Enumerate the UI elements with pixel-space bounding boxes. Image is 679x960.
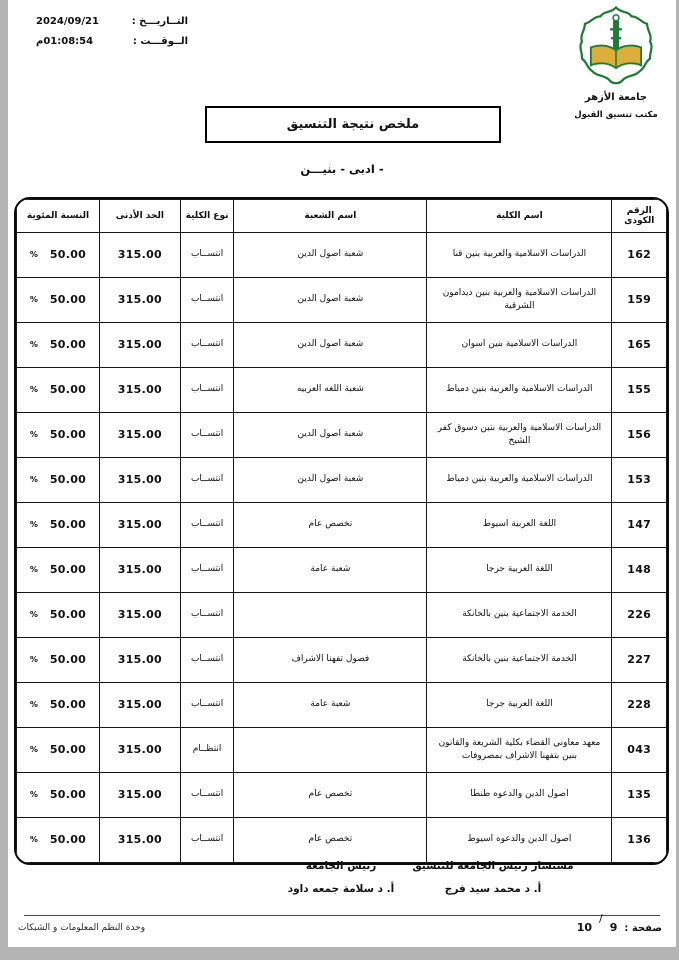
cell-college-type: انتســاب	[180, 593, 234, 638]
cell-college-type: انتســاب	[180, 773, 234, 818]
cell-branch-name: شعبة اصول الدين	[234, 278, 427, 323]
table-row: 136 اصول الدين والدعوه اسيوط تخصص عام ان…	[17, 818, 667, 863]
date-row: التــاريـــخ : 2024/09/21	[36, 16, 188, 27]
date-value: 2024/09/21	[36, 16, 99, 27]
cell-branch-name	[234, 728, 427, 773]
table-header-row: الرقم الكودى اسم الكلية اسم الشعبة نوع ا…	[17, 200, 667, 233]
table-row: 156 الدراسات الاسلامية والعربية بنين دسو…	[17, 413, 667, 458]
cell-college-type: انتســاب	[180, 233, 234, 278]
cell-min-score: 315.00	[99, 368, 180, 413]
table-row: 159 الدراسات الاسلامية والعربية بنين ديد…	[17, 278, 667, 323]
table-row: 148 اللغة العربية جرجا شعبة عامة انتســا…	[17, 548, 667, 593]
cell-branch-name: شعبة اصول الدين	[234, 323, 427, 368]
office-name: مكتب تنسيق القبول	[560, 110, 672, 120]
signature-left-name: أ. د سلامة جمعه داود	[226, 883, 456, 895]
cell-min-score: 315.00	[99, 593, 180, 638]
cell-min-score: 315.00	[99, 323, 180, 368]
university-logo-block: جامعة الأزهر مكتب تنسيق القبول	[560, 6, 672, 120]
cell-percentage: % 50.00	[17, 233, 100, 278]
time-value: 01:08:54م	[36, 36, 93, 47]
cell-college-type: انتســاب	[180, 413, 234, 458]
cell-percentage: % 50.00	[17, 458, 100, 503]
cell-code: 136	[612, 818, 667, 863]
cell-college-type: انتســاب	[180, 278, 234, 323]
table-row: 147 اللغة العربية اسيوط تخصص عام انتســا…	[17, 503, 667, 548]
cell-college-name: اللغة العربية اسيوط	[427, 503, 612, 548]
cell-branch-name: فصول تفهنا الاشراف	[234, 638, 427, 683]
percent-sign: %	[30, 339, 38, 351]
cell-college-name: الدراسات الاسلامية والعربية بنين دمياط	[427, 458, 612, 503]
cell-branch-name: تخصص عام	[234, 818, 427, 863]
percent-sign: %	[30, 474, 38, 486]
cell-college-name: الدراسات الاسلامية والعربية بنين دسوق كف…	[427, 413, 612, 458]
percent-sign: %	[30, 249, 38, 261]
header-min-score: الحد الأدنى	[99, 200, 180, 233]
cell-code: 135	[612, 773, 667, 818]
table-row: 227 الخدمة الاجتماعية بنين بالخانكة فصول…	[17, 638, 667, 683]
cell-percentage: % 50.00	[17, 728, 100, 773]
page-total: 10	[577, 921, 592, 934]
percent-sign: %	[30, 519, 38, 531]
percent-sign: %	[30, 699, 38, 711]
cell-code: 147	[612, 503, 667, 548]
cell-code: 226	[612, 593, 667, 638]
cell-percentage: % 50.00	[17, 773, 100, 818]
percent-sign: %	[30, 294, 38, 306]
cell-min-score: 315.00	[99, 728, 180, 773]
cell-college-type: انتســاب	[180, 323, 234, 368]
cell-branch-name	[234, 593, 427, 638]
percent-sign: %	[30, 429, 38, 441]
cell-branch-name: شعبة اصول الدين	[234, 458, 427, 503]
cell-college-name: الدراسات الاسلامية بنين اسوان	[427, 323, 612, 368]
percent-sign: %	[30, 654, 38, 666]
page-number: صفحة : 9 / 10	[577, 921, 662, 934]
cell-min-score: 315.00	[99, 818, 180, 863]
table-row: 165 الدراسات الاسلامية بنين اسوان شعبة ا…	[17, 323, 667, 368]
cell-code: 165	[612, 323, 667, 368]
university-name: جامعة الأزهر	[560, 92, 672, 103]
cell-college-name: اصول الدين والدعوه اسيوط	[427, 818, 612, 863]
cell-college-type: انتســاب	[180, 548, 234, 593]
cell-branch-name: شعبة اصول الدين	[234, 413, 427, 458]
cell-min-score: 315.00	[99, 233, 180, 278]
cell-branch-name: شعبة اللغه العربيه	[234, 368, 427, 413]
signature-university-president: رئيس الجامعة أ. د سلامة جمعه داود	[226, 860, 456, 895]
cell-code: 043	[612, 728, 667, 773]
cell-code: 155	[612, 368, 667, 413]
table-row: 043 معهد معاوني القضاء بكلية الشريعة وال…	[17, 728, 667, 773]
date-label: التــاريـــخ :	[132, 16, 188, 27]
header-code: الرقم الكودى	[612, 200, 667, 233]
cell-code: 159	[612, 278, 667, 323]
scanned-results-sheet: { "meta": { "date_label": "التــاريـــخ …	[0, 0, 679, 960]
cell-min-score: 315.00	[99, 503, 180, 548]
date-time-block: التــاريـــخ : 2024/09/21 الــوقـــت : 0…	[36, 16, 188, 56]
cell-college-type: انتســاب	[180, 638, 234, 683]
signature-left-title: رئيس الجامعة	[226, 860, 456, 872]
report-subtitle: - ادبى - بنيـــن	[8, 162, 676, 176]
cell-college-name: معهد معاوني القضاء بكلية الشريعة والقانو…	[427, 728, 612, 773]
cell-percentage: % 50.00	[17, 278, 100, 323]
cell-percentage: % 50.00	[17, 638, 100, 683]
percent-sign: %	[30, 744, 38, 756]
time-label: الــوقـــت :	[133, 36, 188, 47]
cell-branch-name: شعبة عامة	[234, 548, 427, 593]
cell-code: 153	[612, 458, 667, 503]
table-row: 155 الدراسات الاسلامية والعربية بنين دمي…	[17, 368, 667, 413]
page-current: 9	[610, 921, 618, 934]
percent-sign: %	[30, 789, 38, 801]
report-title: ملخص نتيجة التنسيق	[287, 117, 419, 132]
report-title-box: ملخص نتيجة التنسيق	[205, 106, 501, 143]
systems-unit-label: وحدة النظم المعلومات و الشبكات	[18, 923, 145, 933]
table-row: 162 الدراسات الاسلامية والعربية بنين قنا…	[17, 233, 667, 278]
cell-code: 227	[612, 638, 667, 683]
cell-min-score: 315.00	[99, 458, 180, 503]
table-row: 226 الخدمة الاجتماعية بنين بالخانكة انتس…	[17, 593, 667, 638]
footer-divider	[24, 915, 660, 916]
header-college-name: اسم الكلية	[427, 200, 612, 233]
cell-college-name: الدراسات الاسلامية والعربية بنين قنا	[427, 233, 612, 278]
cell-percentage: % 50.00	[17, 368, 100, 413]
results-table-body: 162 الدراسات الاسلامية والعربية بنين قنا…	[17, 233, 667, 863]
cell-percentage: % 50.00	[17, 503, 100, 548]
percent-sign: %	[30, 564, 38, 576]
cell-college-type: انتســاب	[180, 683, 234, 728]
cell-code: 162	[612, 233, 667, 278]
cell-college-name: اصول الدين والدعوه طنطا	[427, 773, 612, 818]
cell-college-type: انتظــام	[180, 728, 234, 773]
results-table: الرقم الكودى اسم الكلية اسم الشعبة نوع ا…	[16, 199, 667, 863]
cell-min-score: 315.00	[99, 683, 180, 728]
table-row: 153 الدراسات الاسلامية والعربية بنين دمي…	[17, 458, 667, 503]
time-row: الــوقـــت : 01:08:54م	[36, 36, 188, 47]
cell-college-type: انتســاب	[180, 458, 234, 503]
cell-code: 156	[612, 413, 667, 458]
cell-college-type: انتســاب	[180, 368, 234, 413]
percent-sign: %	[30, 834, 38, 846]
cell-percentage: % 50.00	[17, 683, 100, 728]
cell-college-name: الخدمة الاجتماعية بنين بالخانكة	[427, 638, 612, 683]
cell-college-name: الدراسات الاسلامية والعربية بنين دمياط	[427, 368, 612, 413]
cell-college-type: انتســاب	[180, 503, 234, 548]
cell-percentage: % 50.00	[17, 818, 100, 863]
cell-min-score: 315.00	[99, 638, 180, 683]
cell-percentage: % 50.00	[17, 413, 100, 458]
cell-min-score: 315.00	[99, 773, 180, 818]
cell-college-name: الدراسات الاسلامية والعربية بنين ديدامون…	[427, 278, 612, 323]
cell-branch-name: تخصص عام	[234, 773, 427, 818]
cell-min-score: 315.00	[99, 413, 180, 458]
page-separator: /	[599, 912, 603, 925]
cell-branch-name: تخصص عام	[234, 503, 427, 548]
cell-branch-name: شعبة اصول الدين	[234, 233, 427, 278]
header-branch-name: اسم الشعبة	[234, 200, 427, 233]
cell-college-name: الخدمة الاجتماعية بنين بالخانكة	[427, 593, 612, 638]
document-page: التــاريـــخ : 2024/09/21 الــوقـــت : 0…	[8, 0, 676, 947]
cell-percentage: % 50.00	[17, 548, 100, 593]
cell-percentage: % 50.00	[17, 323, 100, 368]
header-college-type: نوع الكلية	[180, 200, 234, 233]
cell-percentage: % 50.00	[17, 593, 100, 638]
results-table-wrapper: الرقم الكودى اسم الكلية اسم الشعبة نوع ا…	[14, 197, 669, 865]
cell-college-type: انتســاب	[180, 818, 234, 863]
cell-min-score: 315.00	[99, 278, 180, 323]
cell-min-score: 315.00	[99, 548, 180, 593]
cell-college-name: اللغة العربية جرجا	[427, 548, 612, 593]
header-percentage: النسبة المئوية	[17, 200, 100, 233]
al-azhar-logo-icon	[579, 6, 653, 86]
cell-code: 148	[612, 548, 667, 593]
cell-branch-name: شعبة عامة	[234, 683, 427, 728]
table-row: 135 اصول الدين والدعوه طنطا تخصص عام انت…	[17, 773, 667, 818]
percent-sign: %	[30, 384, 38, 396]
cell-code: 228	[612, 683, 667, 728]
page-label: صفحة :	[624, 923, 662, 934]
cell-college-name: اللغة العربية جرجا	[427, 683, 612, 728]
percent-sign: %	[30, 609, 38, 621]
table-row: 228 اللغة العربية جرجا شعبة عامة انتســا…	[17, 683, 667, 728]
